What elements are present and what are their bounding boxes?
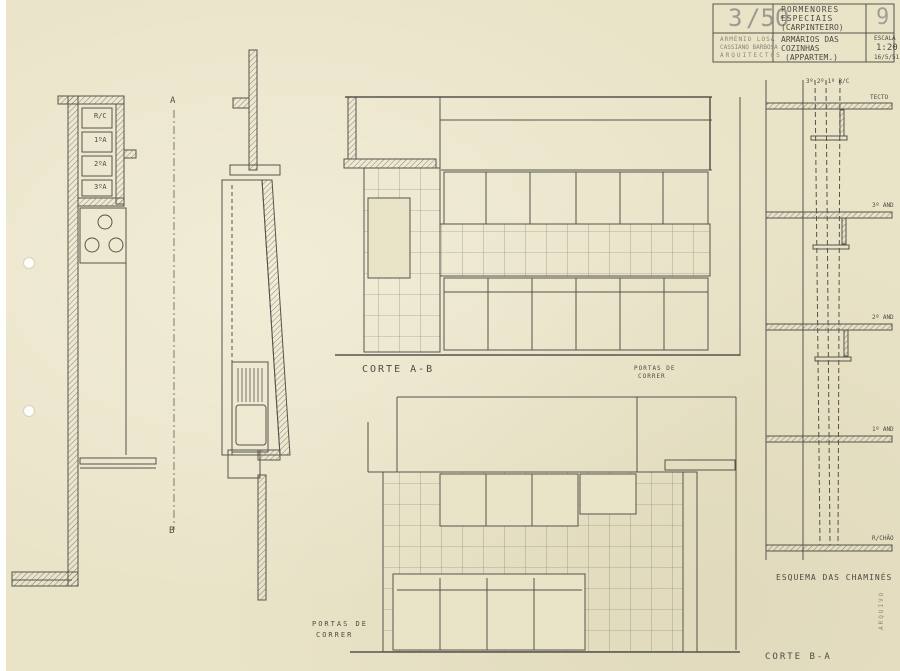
drawing-lines (6, 0, 900, 671)
scale-label: ESCALA (874, 35, 896, 42)
title-line-3: (CARPINTEIRO) (781, 23, 844, 32)
subject-line-3: (APPARTEM.) (785, 53, 838, 62)
sheet-number: 3 (728, 4, 742, 32)
drawing-sheet: 3 /50 PORMENORES ESPECIAIS (CARPINTEIRO)… (6, 0, 900, 671)
floor-label-tecto: TECTO (870, 94, 888, 101)
shelf-label-3a: 3ºA (94, 183, 107, 191)
architects-line-2: CASSIANO BARBOSA (720, 44, 778, 51)
chimney-scheme-label: ESQUEMA DAS CHAMINÉS (776, 573, 892, 582)
plan-view (12, 96, 174, 586)
shelf-label-2a: 2ºA (94, 160, 107, 168)
floor-label-rc: R/CHÃO (872, 535, 894, 542)
subject-line-2: COZINHAS (781, 44, 820, 53)
architects-line-1: ARMÉNIO LOSA (720, 36, 775, 43)
floor-label-1: 1º AND (872, 426, 894, 433)
corte-ba-note-line-1: PORTAS DE (312, 620, 368, 628)
floor-label-3: 3º AND (872, 202, 894, 209)
architects-line-3: ARQUITECTOS (720, 52, 782, 59)
flue-labels: 3º 2º 1º R/C (806, 78, 849, 85)
corte-ab-note-line-1: PORTAS DE (634, 365, 676, 372)
shelf-label-1a: 1ºA (94, 136, 107, 144)
title-line-1: PORMENORES (781, 5, 839, 14)
section-mark-a: A (170, 96, 177, 106)
floor-label-2: 2º AND (872, 314, 894, 321)
title-line-2: ESPECIAIS (781, 14, 833, 23)
plate-number: 9 (876, 5, 889, 30)
scale-value: 1:20 (876, 43, 898, 53)
corte-ab-note-line-2: CORRER (638, 373, 666, 380)
side-section (222, 50, 290, 600)
margin-note: ARQUIVO (878, 591, 885, 630)
drawing-date: 16/5/51 (874, 54, 899, 61)
shelf-label-rc: R/C (94, 112, 107, 120)
corte-ab-elevation (335, 97, 740, 356)
corte-ab-label: CORTE A-B (362, 364, 434, 375)
section-mark-b: B (169, 526, 176, 536)
corte-ba-note-line-2: CORRER (316, 631, 353, 639)
corte-ba-elevation (350, 397, 740, 652)
corte-ba-label: CORTE B-A (765, 652, 832, 662)
subject-line-1: ARMÁRIOS DAS (781, 35, 839, 44)
